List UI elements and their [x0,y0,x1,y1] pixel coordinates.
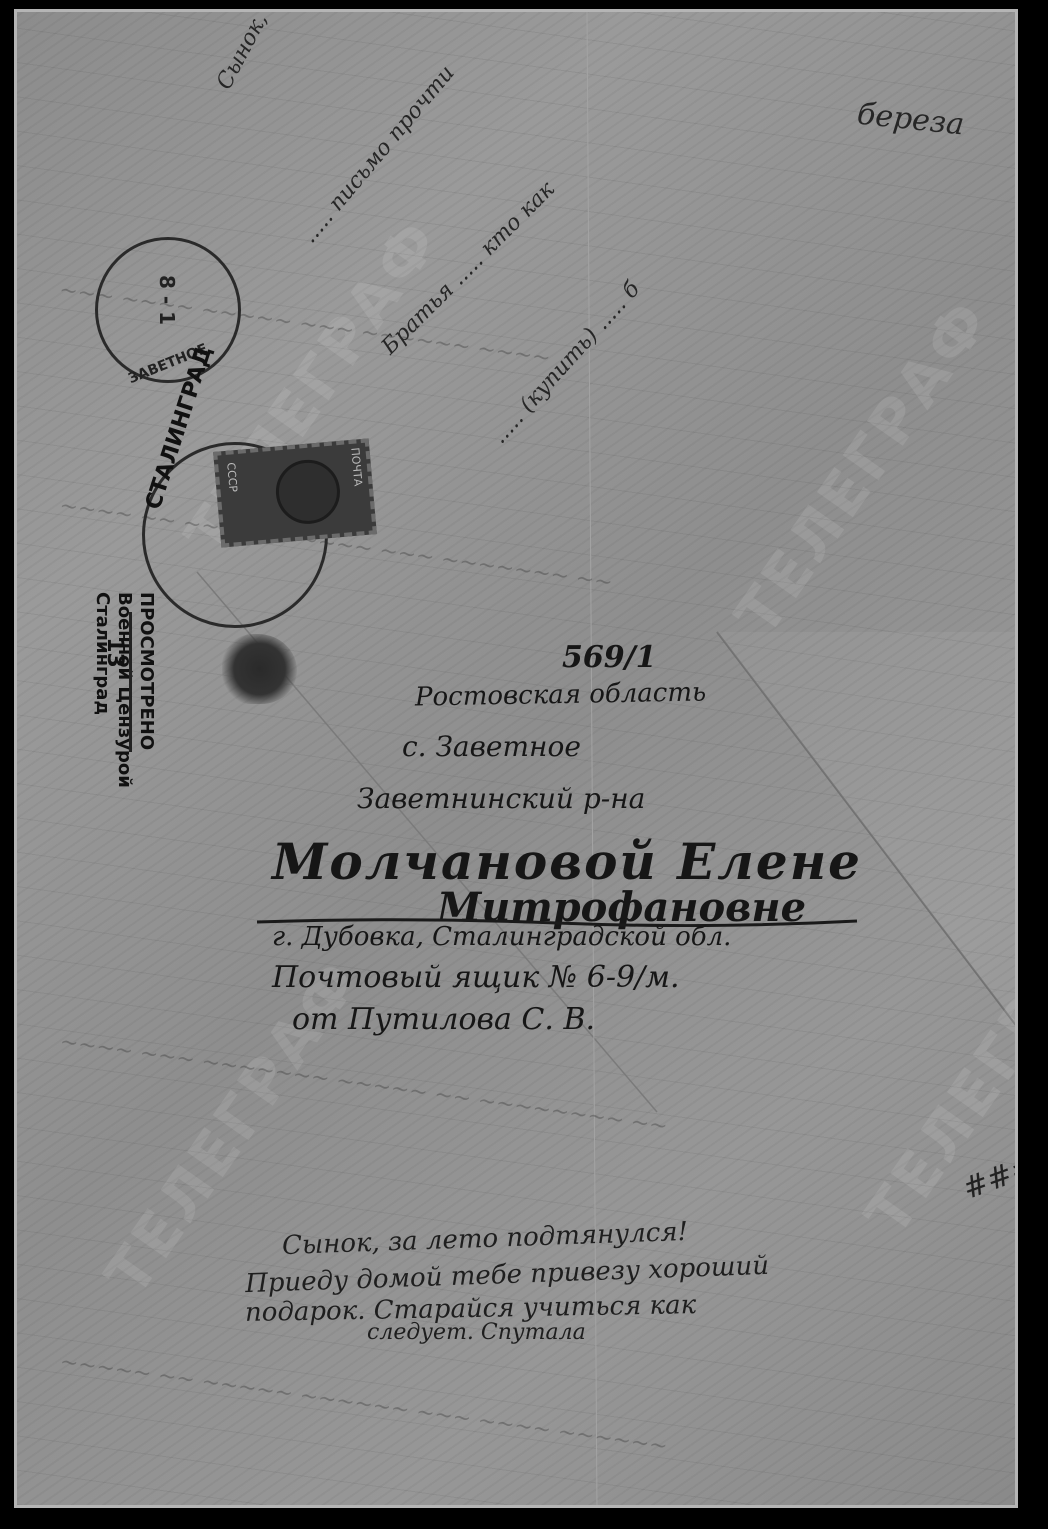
censor-stamp: ПРОСМОТРЕНО Военной Цензурой Сталинград [91,592,157,788]
sender-postbox: Почтовый ящик № 6-9/м. [272,960,680,995]
address-village: с. Заветное [402,730,581,763]
note-line-4: следует. Спутала [367,1320,586,1345]
sender-name: от Путилова С. В. [292,1002,595,1037]
censor-divider [129,612,132,752]
address-region: Ростовская область [415,677,707,712]
registration-number: 569/1 [562,640,656,675]
ink-blot [222,634,297,704]
recipient-name: Молчановой Елене [272,832,862,891]
postage-stamp: СССР ПОЧТА [213,438,377,547]
address-district: Заветнинский р-на [357,782,645,815]
postmark-zavetnoe: 8 - 1 ЗАВЕТНОЕ [95,237,241,383]
letter-paper: ТЕЛЕГРАФ ТЕЛЕГРАФ ТЕЛЕГРАФ ТЕЛЕГРАФ ~~~ … [14,9,1018,1508]
censor-number: 13 [102,637,127,668]
coat-of-arms-icon [273,457,342,526]
sender-city: г. Дубовка, Сталинградской обл. [272,922,731,952]
